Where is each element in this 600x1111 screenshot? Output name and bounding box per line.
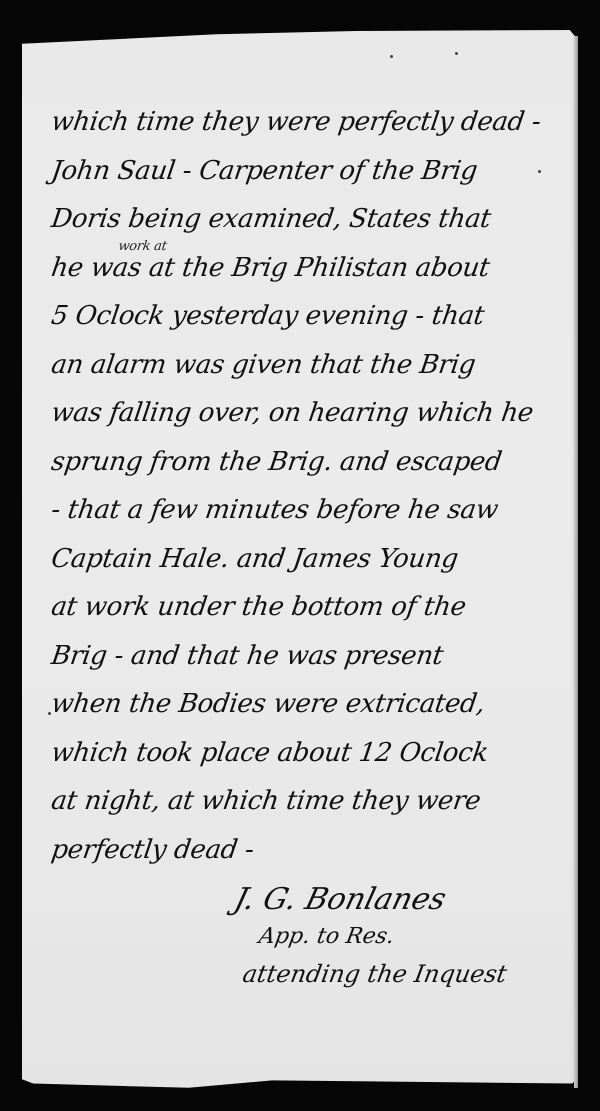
text-line-12: Brig - and that he was present: [48, 632, 565, 681]
signature-role: attending the Inquest: [231, 954, 578, 994]
text-line-4: work at he was at the Brig Philistan abo…: [48, 244, 565, 293]
signature-block: J. G. Bonlanes App. to Res. attending th…: [235, 880, 575, 994]
paper-speck: [455, 52, 458, 55]
text-line-7: was falling over, on hearing which he: [48, 389, 565, 438]
text-line-3: Doris being examined, States that: [48, 195, 565, 244]
text-line-2: John Saul - Carpenter of the Brig: [48, 147, 565, 196]
text-line-9: - that a few minutes before he saw: [48, 486, 565, 535]
interlinear-insertion: work at: [117, 240, 167, 254]
text-line-4-content: he was at the Brig Philistan about: [49, 253, 491, 283]
text-line-6: an alarm was given that the Brig: [48, 341, 565, 390]
text-line-5: 5 Oclock yesterday evening - that: [48, 292, 565, 341]
paper-speck: [390, 55, 393, 58]
signature-name: J. G. Bonlanes: [230, 880, 580, 920]
deposition-text: which time they were perfectly dead - Jo…: [48, 98, 558, 874]
signature-title: App. to Res.: [232, 920, 578, 954]
text-line-14: which took place about 12 Oclock: [48, 729, 565, 778]
text-line-1: which time they were perfectly dead -: [48, 98, 565, 147]
text-line-8: sprung from the Brig. and escaped: [48, 438, 565, 487]
text-line-15: at night, at which time they were: [48, 777, 565, 826]
text-line-11: at work under the bottom of the: [48, 583, 565, 632]
text-line-16: perfectly dead -: [48, 826, 565, 875]
text-line-10: Captain Hale. and James Young: [48, 535, 565, 584]
text-line-13: when the Bodies were extricated,: [48, 680, 565, 729]
